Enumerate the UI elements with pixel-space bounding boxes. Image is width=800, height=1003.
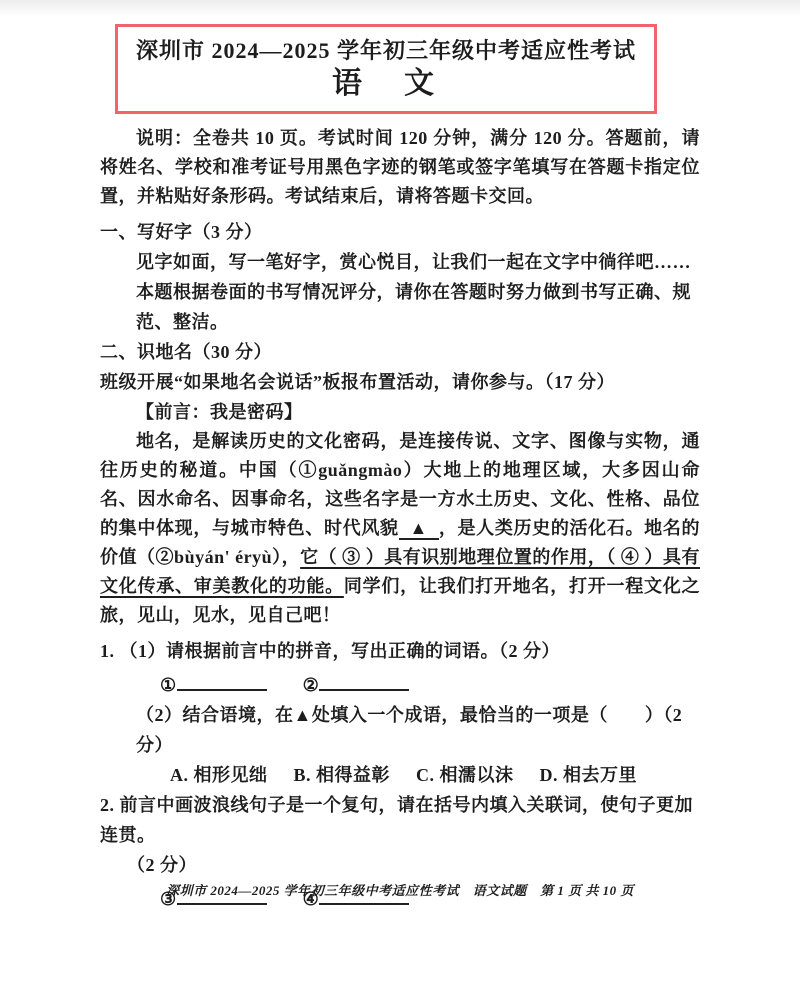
option-c: C. 相濡以沫 (416, 765, 514, 785)
question-2-score: （2 分） (100, 850, 700, 880)
page-footer: 深圳市 2024—2025 学年初三年级中考适应性考试 语文试题 第 1 页 共… (0, 880, 800, 899)
exam-paper-page: 深圳市 2024—2025 学年初三年级中考适应性考试 语 文 说明：全卷共 1… (0, 0, 800, 1003)
answer-blank-1 (177, 671, 267, 691)
question-1-1: 1. （1）请根据前言中的拼音，写出正确的词语。（2 分） (100, 636, 700, 666)
question-1-1-blanks: ①② (100, 670, 700, 700)
option-d: D. 相去万里 (540, 765, 638, 785)
preface-paragraph: 地名，是解读历史的文化密码，是连接传说、文字、图像与实物，通往历史的秘道。中国（… (100, 427, 700, 630)
exam-instructions: 说明：全卷共 10 页。考试时间 120 分钟，满分 120 分。答题前，请将姓… (100, 124, 700, 211)
section1-line2: 本题根据卷面的书写情况评分，请你在答题时努力做到书写正确、规范、整洁。 (100, 277, 700, 337)
section1-line1: 见字如面，写一笔好字，赏心悦目，让我们一起在文字中徜徉吧…… (100, 247, 700, 277)
fill-blank-triangle: ▲ (399, 519, 439, 540)
option-a: A. 相形见绌 (170, 765, 268, 785)
answer-blank-2 (319, 671, 409, 691)
blank-2-label: ② (303, 675, 320, 695)
exam-title: 深圳市 2024—2025 学年初三年级中考适应性考试 (124, 37, 648, 65)
exam-title-box: 深圳市 2024—2025 学年初三年级中考适应性考试 语 文 (115, 24, 657, 114)
exam-body: 一、写好字（3 分） 见字如面，写一笔好字，赏心悦目，让我们一起在文字中徜徉吧…… (100, 217, 700, 914)
section2-intro: 班级开展“如果地名会说话”板报布置活动，请你参与。（17 分） (100, 367, 700, 397)
question-1-2: （2）结合语境，在▲处填入一个成语，最恰当的一项是（ ）（2 分） (100, 700, 700, 760)
option-b: B. 相得益彰 (294, 765, 391, 785)
section1-heading: 一、写好字（3 分） (100, 217, 700, 247)
question-1-2-options: A. 相形见绌B. 相得益彰C. 相濡以沫D. 相去万里 (100, 760, 700, 790)
section2-heading: 二、识地名（30 分） (100, 337, 700, 367)
blank-1-label: ① (160, 675, 177, 695)
question-2: 2. 前言中画波浪线句子是一个复句，请在括号内填入关联词，使句子更加连贯。 (100, 790, 700, 850)
exam-subject-title: 语 文 (124, 65, 648, 103)
preface-title: 【前言：我是密码】 (100, 397, 700, 427)
